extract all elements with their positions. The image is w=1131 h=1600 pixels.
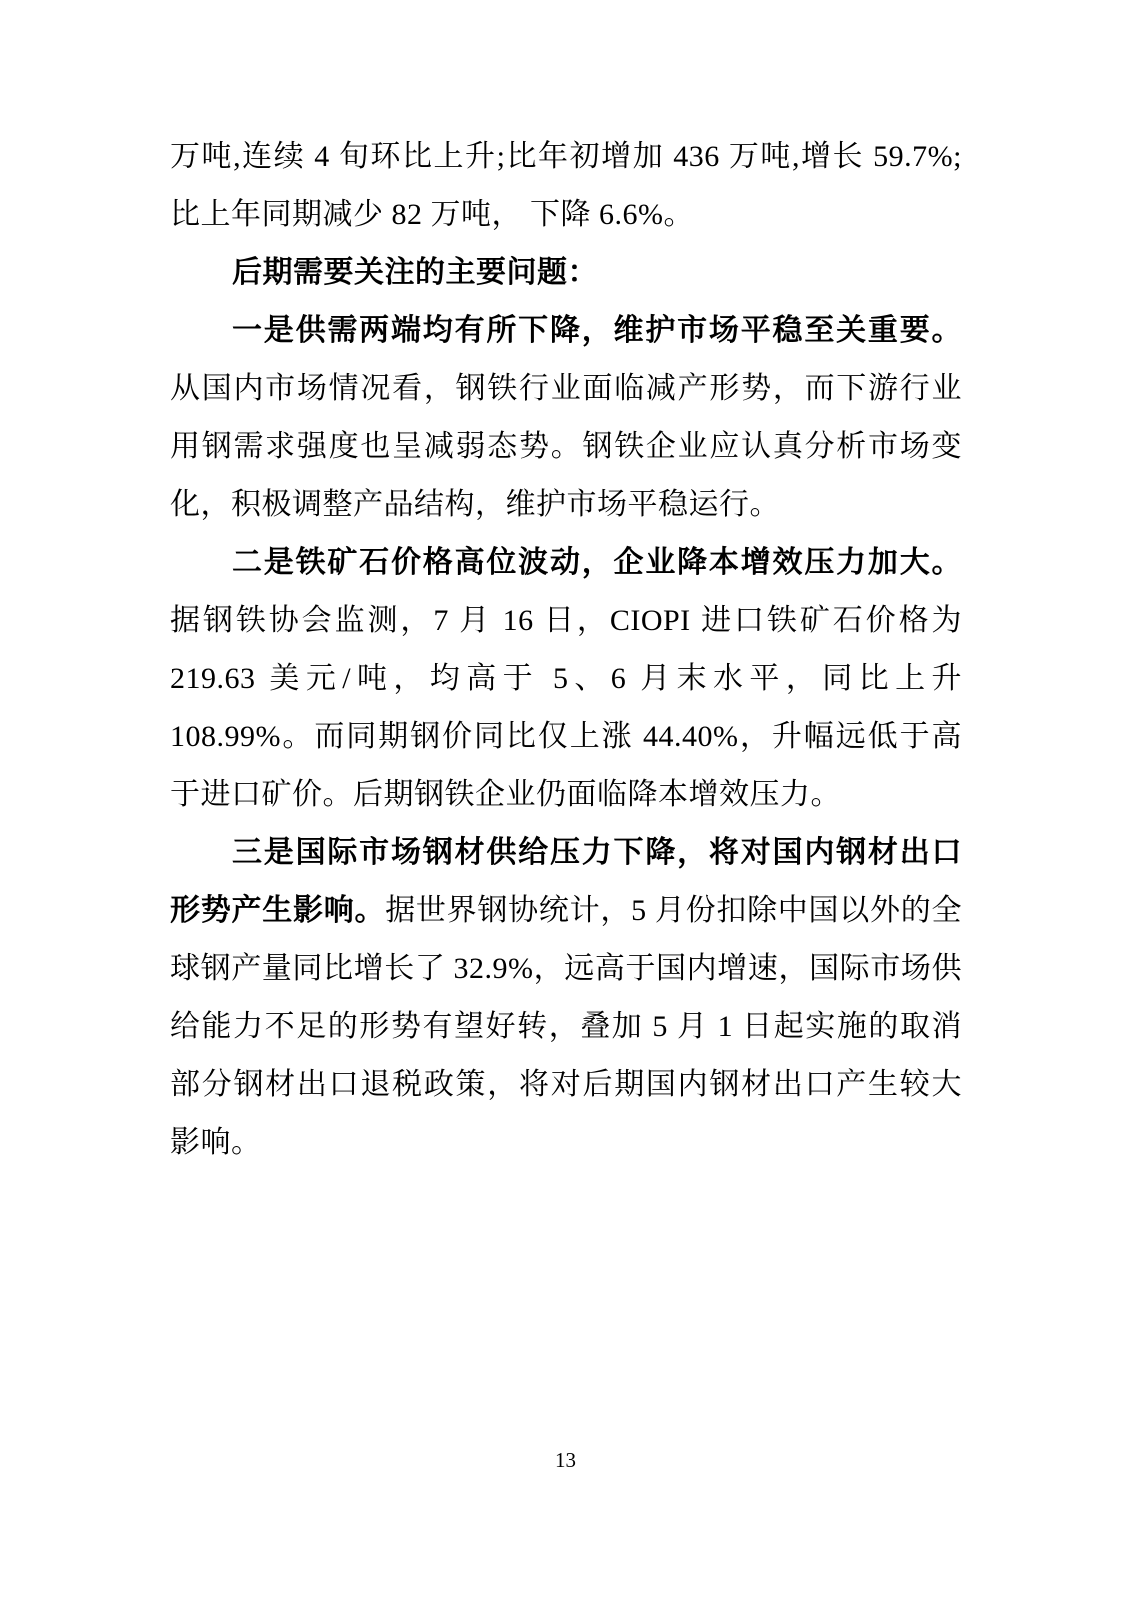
text-run: 据钢铁协会监测，7 月 16 日，CIOPI 进口铁矿石价格为 219.63 美… [170, 604, 962, 811]
text-run: 据世界钢协统计，5 月份扣除中国以外的全球钢产量同比增长了 32.9%，远高于国… [170, 894, 962, 1159]
paragraph: 二是铁矿石价格高位波动，企业降本增效压力加大。据钢铁协会监测，7 月 16 日，… [170, 534, 962, 824]
document-body: 万吨,连续 4 旬环比上升;比年初增加 436 万吨,增长 59.7%;比上年同… [170, 128, 962, 1172]
text-run: 从国内市场情况看，钢铁行业面临减产形势，而下游行业用钢需求强度也呈减弱态势。钢铁… [170, 372, 962, 521]
bold-text-run: 一是供需两端均有所下降，维护市场平稳至关重要。 [232, 314, 962, 347]
paragraph: 万吨,连续 4 旬环比上升;比年初增加 436 万吨,增长 59.7%;比上年同… [170, 128, 962, 244]
paragraph: 三是国际市场钢材供给压力下降，将对国内钢材出口形势产生影响。据世界钢协统计，5 … [170, 824, 962, 1172]
page-number: 13 [555, 1448, 576, 1472]
bold-text-run: 二是铁矿石价格高位波动，企业降本增效压力加大。 [232, 546, 962, 579]
text-run: 万吨,连续 4 旬环比上升;比年初增加 436 万吨,增长 59.7%;比上年同… [170, 140, 962, 231]
paragraph: 一是供需两端均有所下降，维护市场平稳至关重要。从国内市场情况看，钢铁行业面临减产… [170, 302, 962, 534]
bold-text-run: 后期需要关注的主要问题： [232, 256, 598, 289]
page-footer: 13 [0, 1448, 1131, 1473]
document-page: 万吨,连续 4 旬环比上升;比年初增加 436 万吨,增长 59.7%;比上年同… [0, 0, 1131, 1600]
paragraph: 后期需要关注的主要问题： [170, 244, 962, 302]
